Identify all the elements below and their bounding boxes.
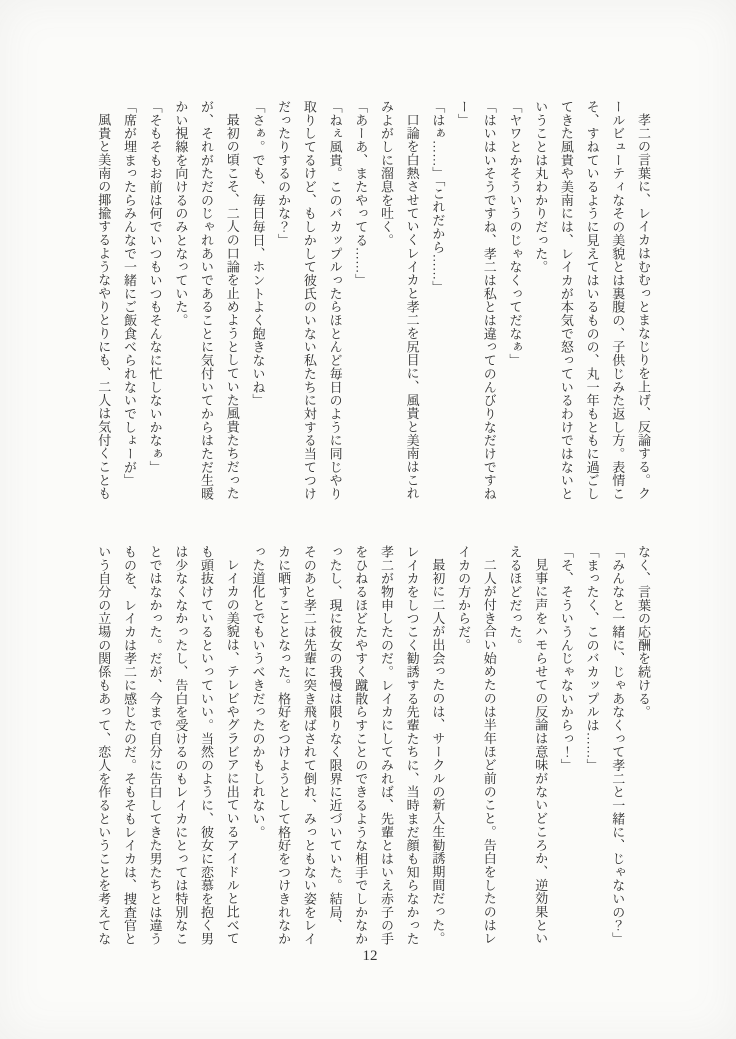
text-column: かい視線を向けるのみとなっていた。	[168, 100, 194, 512]
text-column: 風貴と美南の揶揄するようなやりとりにも、二人は気付くことも	[91, 100, 117, 512]
text-column: 「さぁ。でも、毎日毎日、ホントよく飽きないね」	[245, 100, 271, 512]
text-column: 最初の頃こそ、二人の口論を止めようとしていた風貴たちだった	[219, 100, 245, 512]
text-column: 孝二の言葉に、レイカはむむっとまなじりを上げ、反論する。ク	[630, 100, 656, 512]
text-column: カに晒すこととなった。格好をつけようとして格好をつけきれなか	[270, 545, 296, 957]
text-column: そ、すねているように見えてはいるものの、丸一年もともに過ごし	[579, 100, 605, 512]
scanned-novel-page: 孝二の言葉に、レイカはむむっとまなじりを上げ、反論する。クールビューティなその美…	[0, 0, 736, 1039]
text-column: イカの方からだ。	[450, 545, 476, 957]
text-column: は少なくなかったし、告白を受けるのもレイカにとっては特別なこ	[168, 545, 194, 957]
text-column: 「はいはいそうですね、孝二は私とは違ってのんびりなだけですね	[476, 100, 502, 512]
text-column: 最初に二人が出会ったのは、サークルの新入生勧誘期間だった。	[425, 545, 451, 957]
text-column: 見事に声をハモらせての反論は意味がないどころか、逆効果とい	[527, 545, 553, 957]
text-column: 「ねぇ風貴。このバカップルったらほとんど毎日のように同じやり	[322, 100, 348, 512]
upper-text-block: 孝二の言葉に、レイカはむむっとまなじりを上げ、反論する。クールビューティなその美…	[91, 100, 656, 512]
text-column: も頭抜けているといっていい。当然のように、彼女に恋慕を抱く男	[193, 545, 219, 957]
text-column: いうことは丸わかりだった。	[527, 100, 553, 512]
text-column: 「まったく、このバカップルは……」	[579, 545, 605, 957]
text-column: 「そもそもお前は何でいつもいつもそんなに忙しないかなぁ」	[142, 100, 168, 512]
text-column: 「席が埋まったらみんなで一緒にご飯食べられないでしょーが」	[116, 100, 142, 512]
text-column: 孝二が物申したのだ。レイカにしてみれば、先輩とはいえ赤子の手	[373, 545, 399, 957]
text-column: レイカをしつこく勧誘する先輩たちに、当時まだ顔も知らなかった	[399, 545, 425, 957]
text-column: とではなかった。だが、今まで自分に告白してきた男たちとは違う	[142, 545, 168, 957]
text-column: が、それがただのじゃれあいであることに気付いてからはただ生暖	[193, 100, 219, 512]
text-column: 二人が付き合い始めたのは半年ほど前のこと。告白をしたのはレ	[476, 545, 502, 957]
lower-text-block: なく、言葉の応酬を続ける。「みんなと一緒に、じゃあなくって孝二と一緒に、じゃない…	[91, 545, 656, 957]
text-column: った道化とでもいうべきだったのかもしれない。	[245, 545, 271, 957]
text-column: なく、言葉の応酬を続ける。	[630, 545, 656, 957]
text-column: 「ヤワとかそういうのじゃなくってだなぁ」	[502, 100, 528, 512]
text-column: みよがしに溜息を吐く。	[373, 100, 399, 512]
text-column: 口論を白熱させていくレイカと孝二を尻目に、風貴と美南はこれ	[399, 100, 425, 512]
text-column: ものを、レイカは孝二に感じたのだ。そもそもレイカは、捜査官と	[116, 545, 142, 957]
text-column: 「あーあ、またやってる……」	[348, 100, 374, 512]
page-number: 12	[340, 948, 400, 965]
text-column: レイカの美貌は、テレビやグラビアに出ているアイドルと比べて	[219, 545, 245, 957]
text-column: 「みんなと一緒に、じゃあなくって孝二と一緒に、じゃないの？」	[605, 545, 631, 957]
text-column: 「そ、そういうんじゃないからっ！」	[553, 545, 579, 957]
text-column: てきた風貴や美南には、レイカが本気で怒っているわけではないと	[553, 100, 579, 512]
text-column: ー」	[450, 100, 476, 512]
text-column: 「はぁ……」「これだから……」	[425, 100, 451, 512]
text-column: ったし、現に彼女の我慢は限りなく限界に近づいていた。結局、	[322, 545, 348, 957]
text-column: だったりするのかな？」	[270, 100, 296, 512]
text-column: をひねるほどたやすく蹴散らすことのできるような相手でしかなか	[348, 545, 374, 957]
text-column: 取りしてるけど、もしかして彼氏のいない私たちに対する当てつけ	[296, 100, 322, 512]
text-column: えるほどだった。	[502, 545, 528, 957]
text-column: ールビューティなその美貌とは裏腹の、子供じみた返し方。表情こ	[605, 100, 631, 512]
text-column: そのあと孝二は先輩に突き飛ばされて倒れ、みっともない姿をレイ	[296, 545, 322, 957]
text-column: いう自分の立場の関係もあって、恋人を作るということを考えてな	[91, 545, 117, 957]
